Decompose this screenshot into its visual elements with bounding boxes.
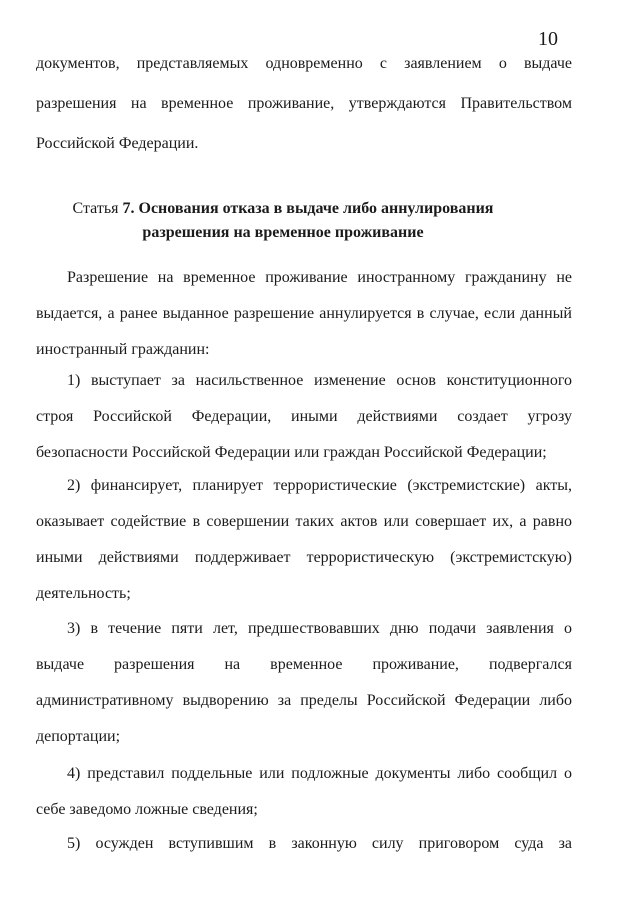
text-line: деятельность; xyxy=(36,576,572,612)
article-heading-line2: разрешения на временное проживание xyxy=(15,221,551,245)
document-page: 10 документов, представляемых одновремен… xyxy=(0,0,640,905)
text-line: разрешения на временное проживание, утве… xyxy=(36,84,572,124)
article-label: Статья xyxy=(73,200,119,217)
text-line: выдается, а ранее выданное разрешение ан… xyxy=(36,296,572,332)
text-line: 2) финансирует, планирует террористическ… xyxy=(36,468,572,504)
paragraph-lead: Разрешение на временное проживание иност… xyxy=(36,260,572,368)
text-line: безопасности Российской Федерации или гр… xyxy=(36,435,572,471)
article-heading: Статья7. Основания отказа в выдаче либо … xyxy=(15,197,551,245)
text-line: иными действиями поддерживает террористи… xyxy=(36,540,572,576)
text-line: 1) выступает за насильственное изменение… xyxy=(36,363,572,399)
text-line: строя Российской Федерации, иными действ… xyxy=(36,399,572,435)
text-line: Российской Федерации. xyxy=(36,124,572,164)
text-line: 4) представил поддельные или подложные д… xyxy=(36,756,572,792)
text-line: административному выдворению за пределы … xyxy=(36,683,572,719)
text-line: оказывает содействие в совершении таких … xyxy=(36,504,572,540)
text-line: документов, представляемых одновременно … xyxy=(36,44,572,84)
article-heading-title: 7. Основания отказа в выдаче либо аннули… xyxy=(123,200,494,217)
list-item-2: 2) финансирует, планирует террористическ… xyxy=(36,468,572,612)
text-line: 3) в течение пяти лет, предшествовавших … xyxy=(36,611,572,647)
text-line: депортации; xyxy=(36,719,572,755)
text-line: выдаче разрешения на временное проживани… xyxy=(36,647,572,683)
list-item-4: 4) представил поддельные или подложные д… xyxy=(36,756,572,828)
text-line: себе заведомо ложные сведения; xyxy=(36,792,572,828)
paragraph-continuation: документов, представляемых одновременно … xyxy=(36,44,572,164)
text-line: Разрешение на временное проживание иност… xyxy=(36,260,572,296)
list-item-1: 1) выступает за насильственное изменение… xyxy=(36,363,572,471)
list-item-5: 5) осужден вступившим в законную силу пр… xyxy=(36,826,572,862)
list-item-3: 3) в течение пяти лет, предшествовавших … xyxy=(36,611,572,755)
text-line: 5) осужден вступившим в законную силу пр… xyxy=(36,826,572,862)
article-heading-line1: Статья7. Основания отказа в выдаче либо … xyxy=(15,197,551,221)
